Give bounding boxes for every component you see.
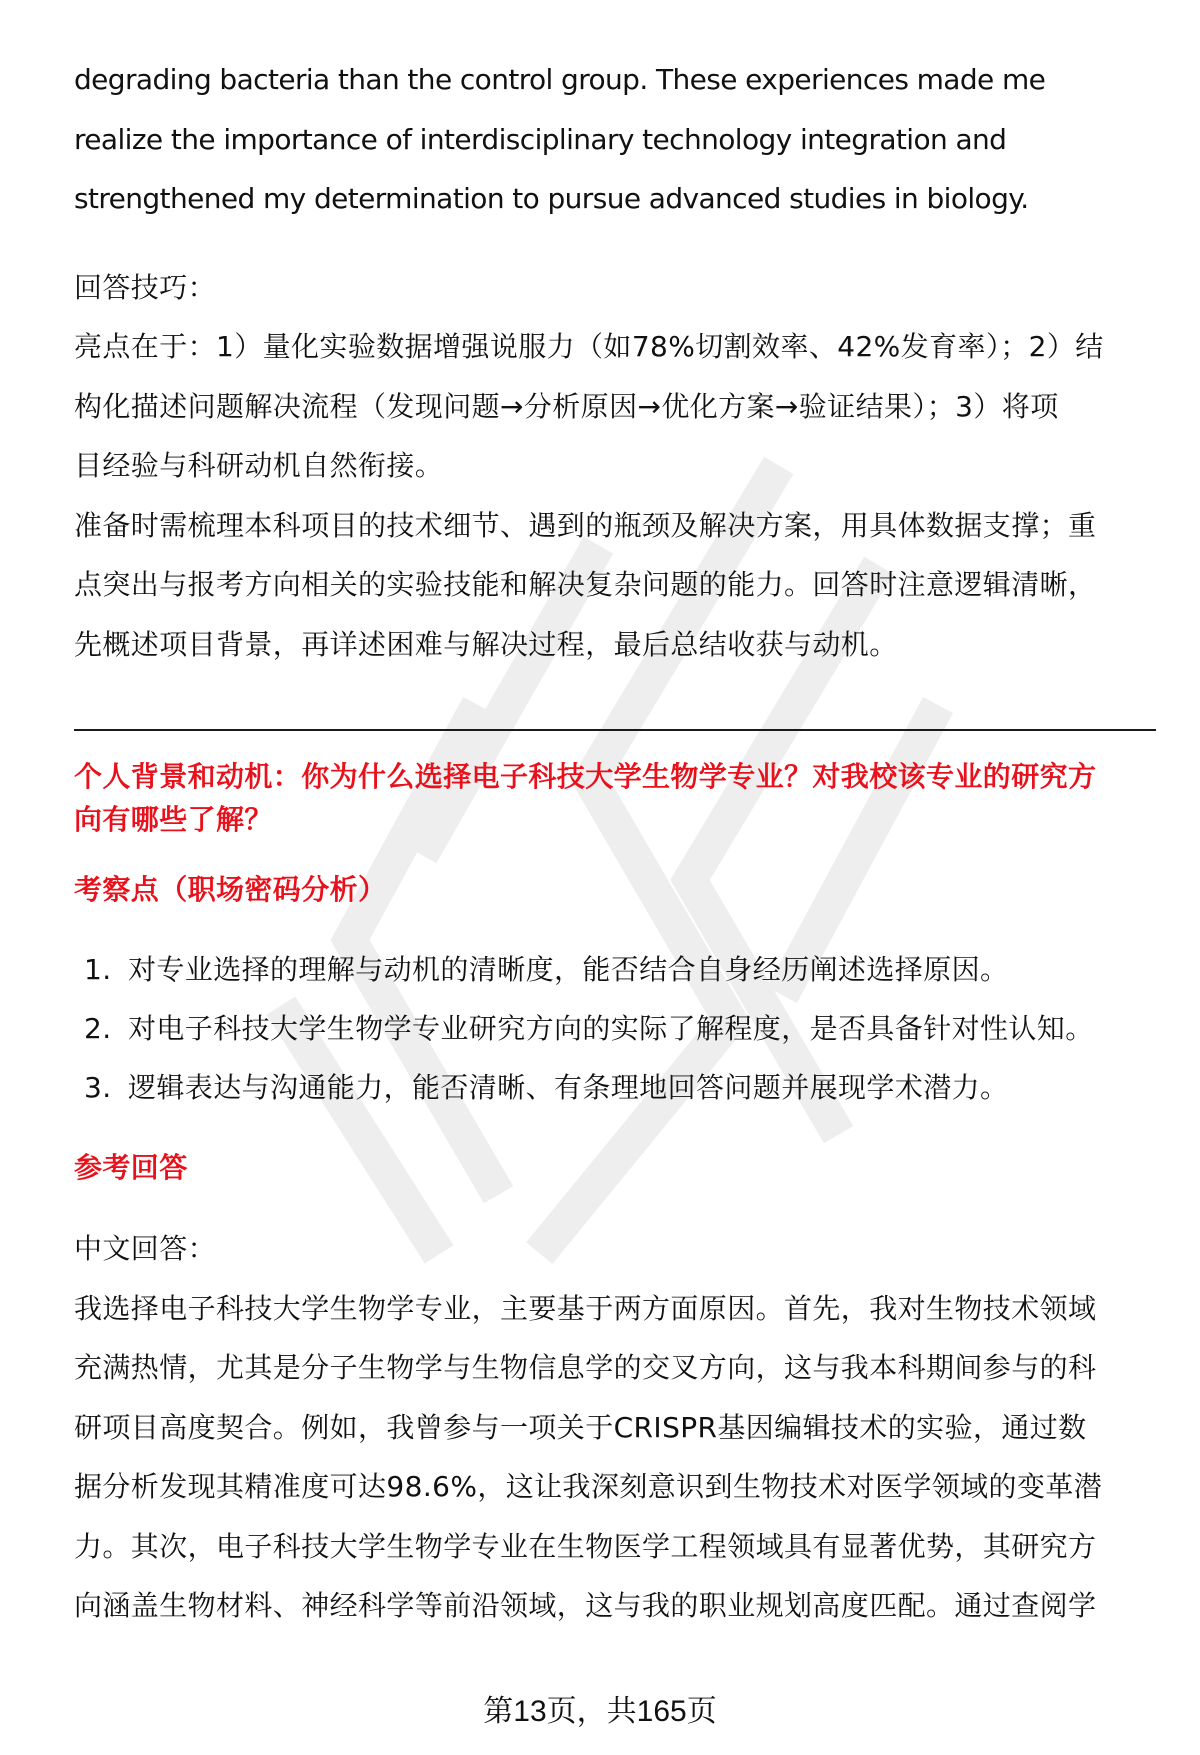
list-number: 3. [84,1068,128,1108]
analysis-point: 3.逻辑表达与沟通能力，能否清晰、有条理地回答问题并展现学术潜力。 [84,1068,1008,1108]
english-answer-line: realize the importance of interdisciplin… [74,120,1006,160]
english-answer-line: degrading bacteria than the control grou… [74,60,1045,100]
chinese-answer-line: 据分析发现其精准度可达98.6%，这让我深刻意识到生物技术对医学领域的变革潜 [74,1467,1102,1507]
analysis-heading: 考察点（职场密码分析） [74,870,386,910]
tips-line: 构化描述问题解决流程（发现问题→分析原因→优化方案→验证结果）；3）将项 [74,387,1059,427]
analysis-point-text: 对电子科技大学生物学专业研究方向的实际了解程度，是否具备针对性认知。 [128,1012,1094,1045]
reference-heading: 参考回答 [74,1148,188,1188]
chinese-answer-line: 我选择电子科技大学生物学专业，主要基于两方面原因。首先，我对生物技术领域 [74,1289,1096,1329]
list-number: 2. [84,1009,128,1049]
section-divider [74,729,1156,731]
analysis-point-text: 逻辑表达与沟通能力，能否清晰、有条理地回答问题并展现学术潜力。 [128,1071,1008,1104]
chinese-answer-line: 充满热情，尤其是分子生物学与生物信息学的交叉方向，这与我本科期间参与的科 [74,1348,1096,1388]
question-title: 个人背景和动机：你为什么选择电子科技大学生物学专业？对我校该专业的研究方 [74,757,1096,797]
tips-line: 目经验与科研动机自然衔接。 [74,446,443,486]
tips-line: 先概述项目背景，再详述困难与解决过程，最后总结收获与动机。 [74,625,898,665]
list-number: 1. [84,950,128,990]
tips-label: 回答技巧： [74,268,216,308]
tips-line: 准备时需梳理本科项目的技术细节、遇到的瓶颈及解决方案，用具体数据支撑；重 [74,506,1096,546]
tips-line: 亮点在于：1）量化实验数据增强说服力（如78%切割效率、42%发育率）；2）结 [74,327,1104,367]
chinese-answer-label: 中文回答： [74,1229,216,1269]
chinese-answer-line: 研项目高度契合。例如，我曾参与一项关于CRISPR基因编辑技术的实验，通过数 [74,1408,1087,1448]
analysis-point: 1.对专业选择的理解与动机的清晰度，能否结合自身经历阐述选择原因。 [84,950,1008,990]
english-answer-line: strengthened my determination to pursue … [74,179,1029,219]
page-indicator: 第13页，共165页 [0,1692,1200,1732]
chinese-answer-line: 力。其次，电子科技大学生物学专业在生物医学工程领域具有显著优势，其研究方 [74,1527,1096,1567]
analysis-point: 2.对电子科技大学生物学专业研究方向的实际了解程度，是否具备针对性认知。 [84,1009,1094,1049]
analysis-point-text: 对专业选择的理解与动机的清晰度，能否结合自身经历阐述选择原因。 [128,953,1008,986]
chinese-answer-line: 向涵盖生物材料、神经科学等前沿领域，这与我的职业规划高度匹配。通过查阅学 [74,1586,1096,1626]
question-title-continued: 向有哪些了解？ [74,800,273,840]
tips-line: 点突出与报考方向相关的实验技能和解决复杂问题的能力。回答时注意逻辑清晰， [74,565,1096,605]
watermark-logo [170,420,1030,1280]
